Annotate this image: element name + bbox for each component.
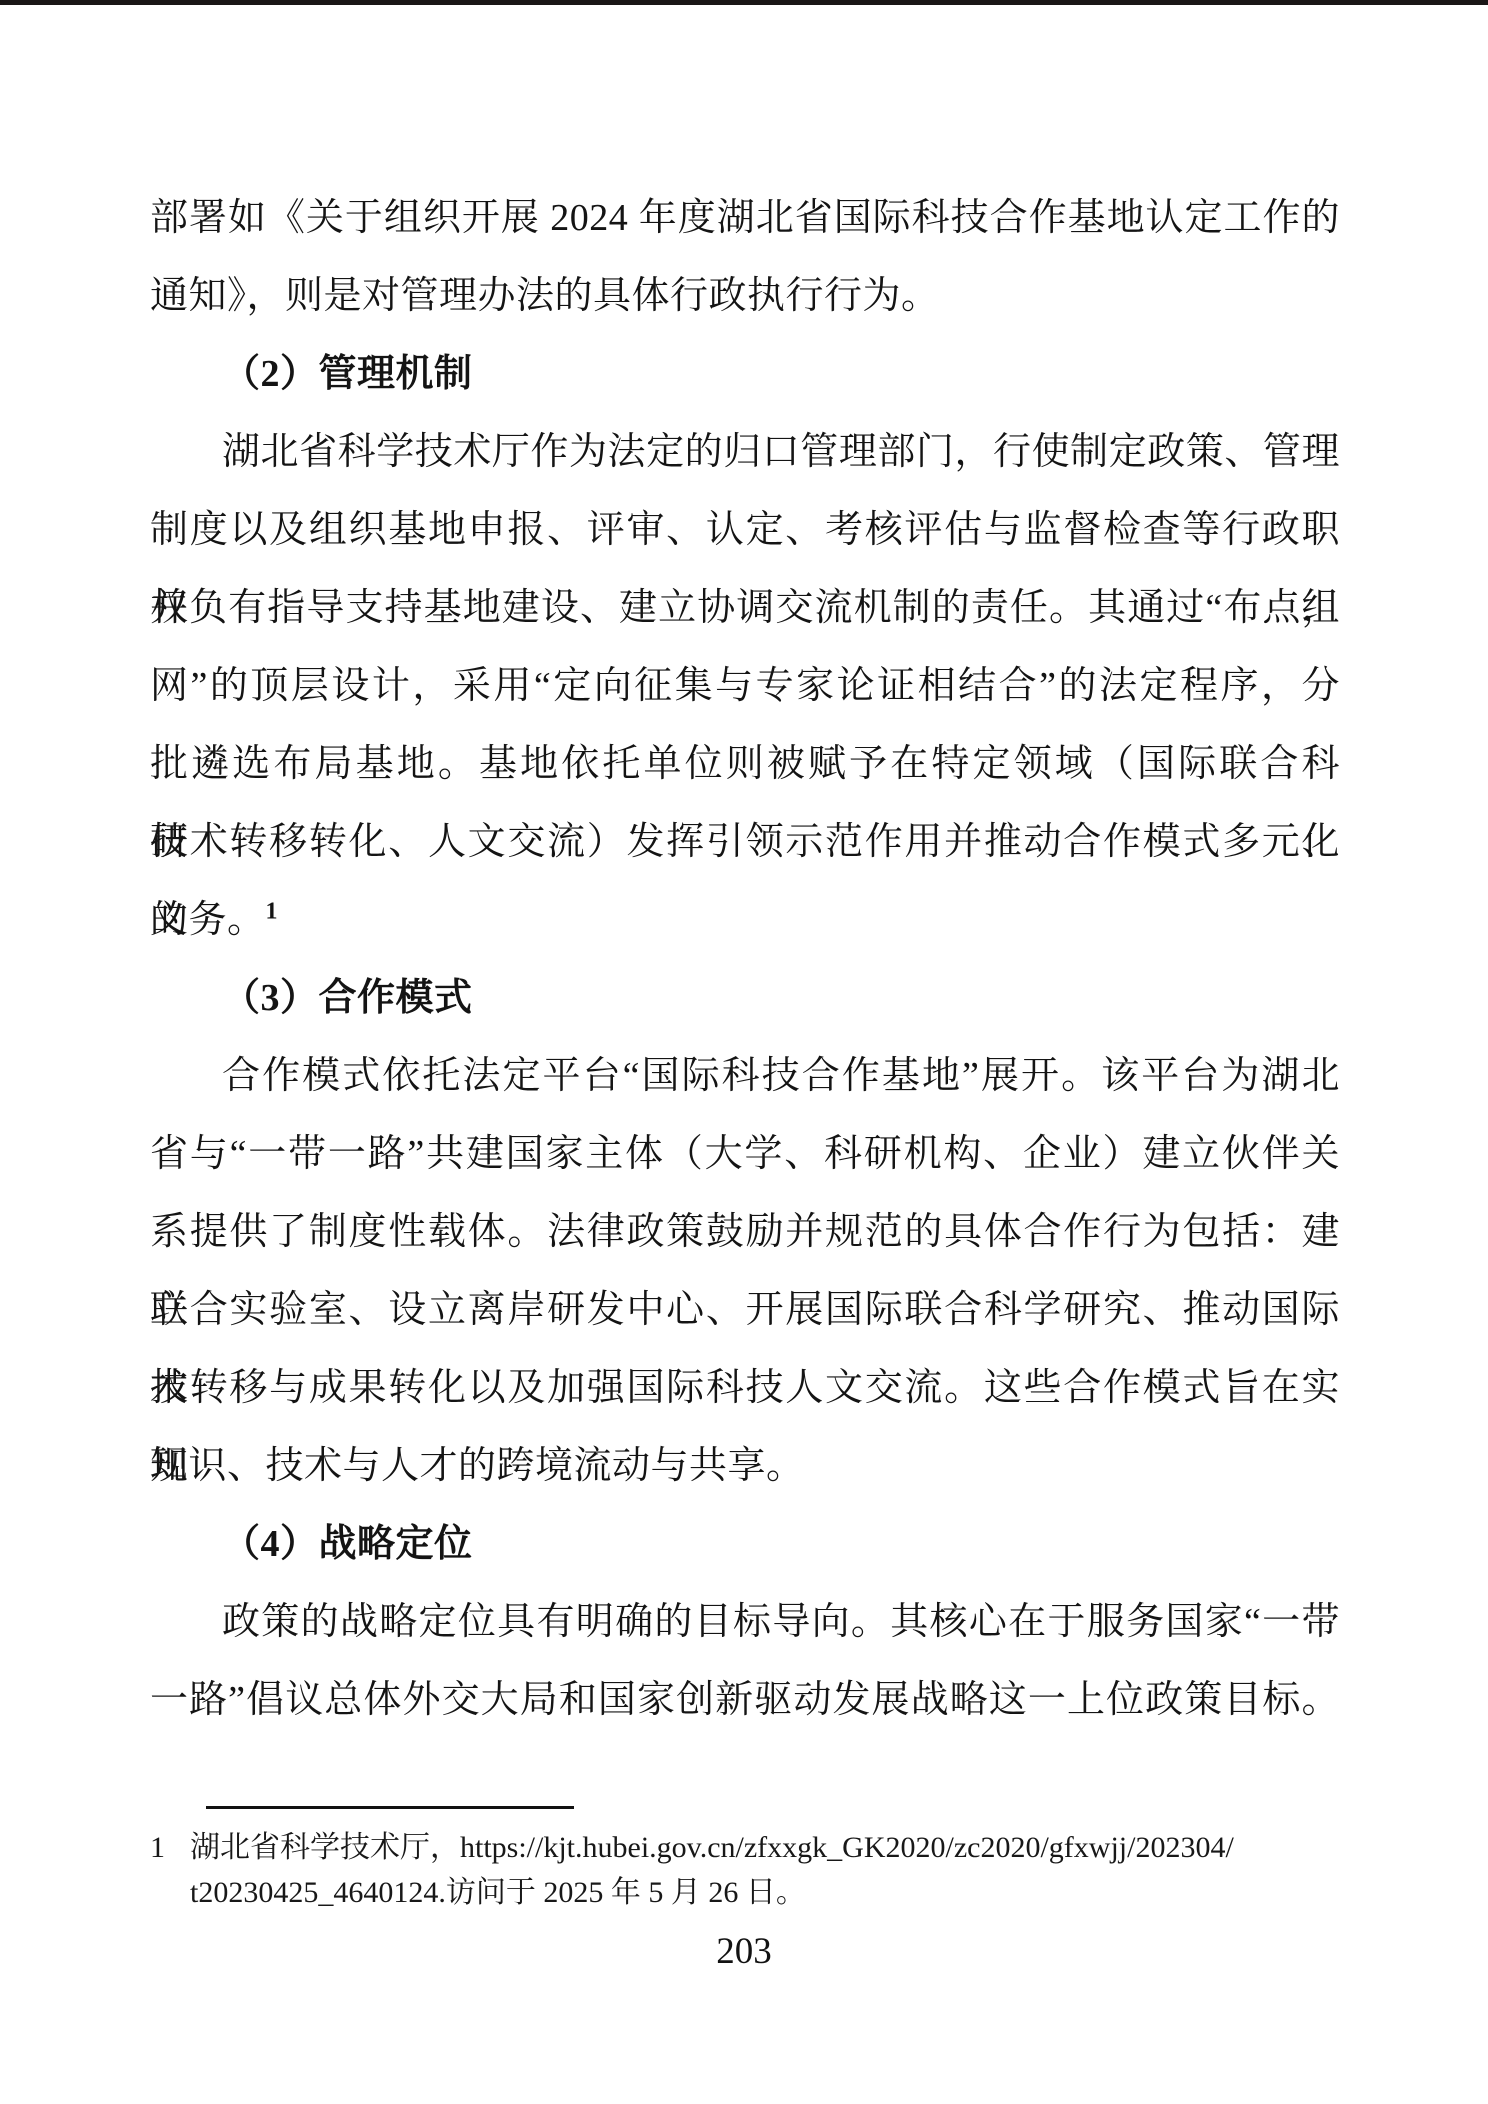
page-number: 203 [0, 1930, 1488, 1973]
body-line: 联合实验室、设立离岸研发中心、开展国际联合科学研究、推动国际技 [150, 1271, 1340, 1349]
body-line: 义务。1 [150, 881, 1340, 959]
body-line: 知识、技术与人才的跨境流动与共享。 [150, 1427, 1340, 1505]
document-page: 部署如《关于组织开展 2024 年度湖北省国际科技合作基地认定工作的 通知》，则… [0, 0, 1488, 2104]
body-line: 部署如《关于组织开展 2024 年度湖北省国际科技合作基地认定工作的 [150, 179, 1340, 257]
footnote-reference-mark: 1 [266, 898, 279, 924]
footnote-text: 湖北省科学技术厅，https://kjt.hubei.gov.cn/zfxxgk… [190, 1831, 1234, 1864]
body-line: 一路”倡议总体外交大局和国家创新驱动发展战略这一上位政策目标。 [150, 1661, 1340, 1739]
section-heading-3: （3）合作模式 [150, 959, 1340, 1037]
section-heading-4: （4）战略定位 [150, 1505, 1340, 1583]
footnote-separator-rule [206, 1806, 574, 1809]
body-line: 制度以及组织基地申报、评审、认定、考核评估与监督检查等行政职权， [150, 491, 1340, 569]
body-line: 通知》，则是对管理办法的具体行政执行行为。 [150, 257, 1340, 335]
section-heading-2: （2）管理机制 [150, 335, 1340, 413]
body-line: 省与“一带一路”共建国家主体（大学、科研机构、企业）建立伙伴关 [150, 1115, 1340, 1193]
body-text-block: 部署如《关于组织开展 2024 年度湖北省国际科技合作基地认定工作的 通知》，则… [150, 179, 1340, 1739]
body-line: 政策的战略定位具有明确的目标导向。其核心在于服务国家“一带 [150, 1583, 1340, 1661]
body-line: 术转移与成果转化以及加强国际科技人文交流。这些合作模式旨在实现 [150, 1349, 1340, 1427]
body-line: 系提供了制度性载体。法律政策鼓励并规范的具体合作行为包括：建立 [150, 1193, 1340, 1271]
footnote-line: 1湖北省科学技术厅，https://kjt.hubei.gov.cn/zfxxg… [150, 1825, 1346, 1870]
footnote-line: t20230425_4640124.访问于 2025 年 5 月 26 日。 [150, 1870, 1346, 1915]
page-top-border [0, 0, 1488, 5]
body-line: 网”的顶层设计，采用“定向征集与专家论证相结合”的法定程序，分 [150, 647, 1340, 725]
body-line: 技术转移转化、人文交流）发挥引领示范作用并推动合作模式多元化的 [150, 803, 1340, 881]
body-line-text: 义务。 [150, 899, 266, 941]
body-line: 批遴选布局基地。基地依托单位则被赋予在特定领域（国际联合科研、 [150, 725, 1340, 803]
body-line: 合作模式依托法定平台“国际科技合作基地”展开。该平台为湖北 [150, 1037, 1340, 1115]
footnote-area: 1湖北省科学技术厅，https://kjt.hubei.gov.cn/zfxxg… [150, 1806, 1346, 1915]
body-line: 并负有指导支持基地建设、建立协调交流机制的责任。其通过“布点组 [150, 569, 1340, 647]
footnote-number: 1 [150, 1825, 190, 1870]
body-line: 湖北省科学技术厅作为法定的归口管理部门，行使制定政策、管理 [150, 413, 1340, 491]
